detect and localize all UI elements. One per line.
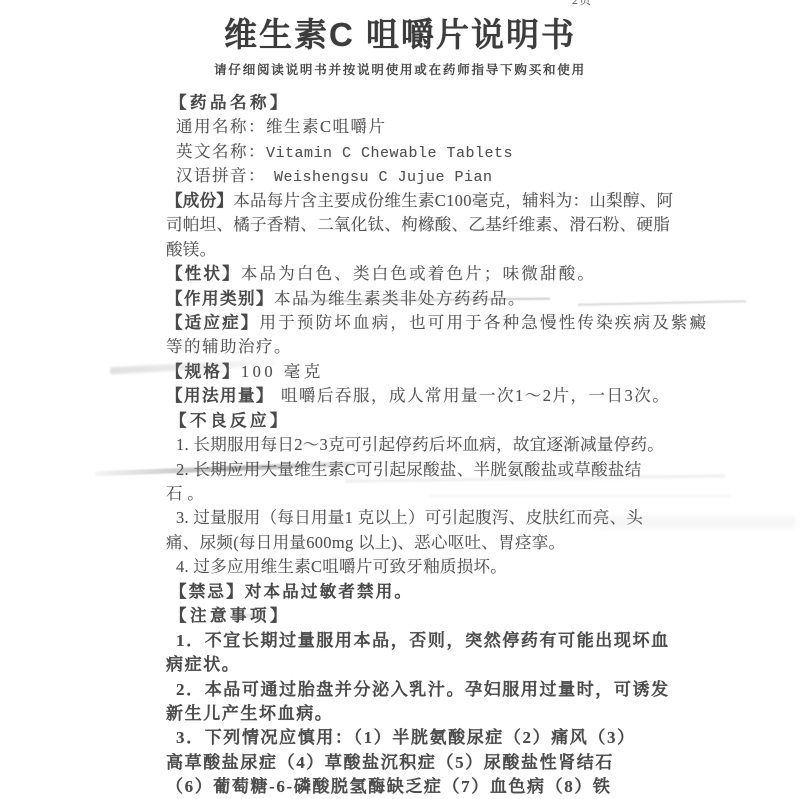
composition-line-2: 司帕坦、橘子香精、二氧化钛、枸橼酸、乙基纤维素、滑石粉、硬脂 [166, 213, 800, 237]
specification-line: 【规格】100 毫克 [166, 360, 800, 384]
properties-text: 本品为白色、类白色或着色片；味微甜酸。 [241, 264, 596, 283]
leaflet-document-scan: 2页 维生素C 咀嚼片说明书 请仔细阅读说明书并按说明使用或在药师指导下购买和使… [0, 0, 800, 799]
composition-text-1: 本品每片含主要成份维生素C100毫克，辅料为：山梨醇、阿 [233, 191, 673, 210]
properties-header: 【性状】 [166, 264, 241, 283]
adverse-item-2: 2. 长期应用大量维生素C可引起尿酸盐、半胱氨酸盐或草酸盐结 [176, 458, 800, 482]
dosage-text: 咀嚼后吞服，成人常用量一次1～2片，一日3次。 [281, 386, 670, 405]
adverse-item-3-cont: 痛、尿频(每日用量600mg 以上)、恶心呕吐、胃痉挛。 [166, 531, 800, 555]
specification-header: 【规格】 [166, 362, 241, 381]
contraindications-header: 【禁忌】 [170, 582, 245, 601]
precaution-item-2-cont: 新生儿产生坏血病。 [166, 702, 800, 726]
indications-text-1: 用于预防坏血病，也可用于各种急慢性传染疾病及紫癜 [260, 313, 709, 332]
composition-line-1: 【成份】本品每片含主要成份维生素C100毫克，辅料为：山梨醇、阿 [166, 189, 800, 213]
precautions-header: 【注意事项】 [170, 604, 800, 628]
page-subtitle: 请仔细阅读说明书并按说明使用或在药师指导下购买和使用 [0, 61, 800, 79]
pinyin-value: Weishengsu C Jujue Pian [274, 169, 493, 186]
english-name-value: Vitamin C Chewable Tablets [266, 145, 513, 162]
adverse-item-1: 1. 长期服用每日2～3克可引起停药后坏血病，故宜逐渐减量停药。 [176, 433, 800, 457]
english-name-label: 英文名称： [176, 142, 266, 161]
adverse-item-4: 4. 过多应用维生素C咀嚼片可致牙釉质损坏。 [176, 555, 800, 579]
generic-name-row: 通用名称：维生素C咀嚼片 [176, 115, 800, 139]
page-number-fragment: 2页 [572, 0, 592, 8]
composition-header: 【成份】 [166, 191, 233, 210]
adverse-item-3: 3. 过量服用（每日用量1 克以上）可引起腹泻、皮肤红而亮、头 [176, 506, 800, 530]
page-title: 维生素C 咀嚼片说明书 [0, 12, 800, 58]
precaution-item-1-cont: 病症状。 [166, 653, 800, 677]
category-header: 【作用类别】 [166, 289, 274, 308]
specification-text: 100 毫克 [241, 362, 324, 381]
precaution-item-3-cont-2: （6）葡萄糖-6-磷酸脱氢酶缺乏症（7）血色病（8）铁 [166, 775, 800, 799]
dosage-line: 【用法用量】咀嚼后吞服，成人常用量一次1～2片，一日3次。 [166, 384, 800, 408]
indications-line-1: 【适应症】用于预防坏血病，也可用于各种急慢性传染疾病及紫癜 [166, 311, 800, 335]
category-text: 本品为维生素类非处方药药品。 [274, 289, 526, 308]
pinyin-row: 汉语拼音：Weishengsu C Jujue Pian [176, 164, 800, 188]
english-name-row: 英文名称：Vitamin C Chewable Tablets [176, 140, 800, 164]
composition-line-3: 酸镁。 [166, 238, 800, 262]
dosage-header: 【用法用量】 [166, 386, 274, 405]
precaution-item-1: 1．不宜长期过量服用本品，否则，突然停药有可能出现坏血 [176, 629, 800, 653]
adverse-reactions-header: 【不良反应】 [170, 409, 800, 433]
properties-line: 【性状】本品为白色、类白色或着色片；味微甜酸。 [166, 262, 800, 286]
indications-header: 【适应症】 [166, 313, 260, 332]
indications-line-2: 等的辅助治疗。 [166, 335, 800, 359]
drug-name-section-header: 【药品名称】 [170, 91, 800, 115]
precaution-item-2: 2．本品可通过胎盘并分泌入乳汁。孕妇服用过量时，可诱发 [176, 678, 800, 702]
precaution-item-3-cont-1: 高草酸盐尿症（4）草酸盐沉积症（5）尿酸盐性肾结石 [166, 751, 800, 775]
adverse-item-2-cont: 石 。 [166, 482, 800, 506]
leaflet-body: 【药品名称】 通用名称：维生素C咀嚼片 英文名称：Vitamin C Chewa… [0, 79, 800, 799]
pinyin-label: 汉语拼音： [176, 166, 266, 185]
precaution-item-3: 3．下列情况应慎用：（1）半胱氨酸尿症（2）痛风（3） [176, 726, 800, 750]
contraindications-line: 【禁忌】对本品过敏者禁用。 [170, 580, 800, 604]
contraindications-text: 对本品过敏者禁用。 [245, 582, 413, 601]
category-line: 【作用类别】本品为维生素类非处方药药品。 [166, 287, 800, 311]
